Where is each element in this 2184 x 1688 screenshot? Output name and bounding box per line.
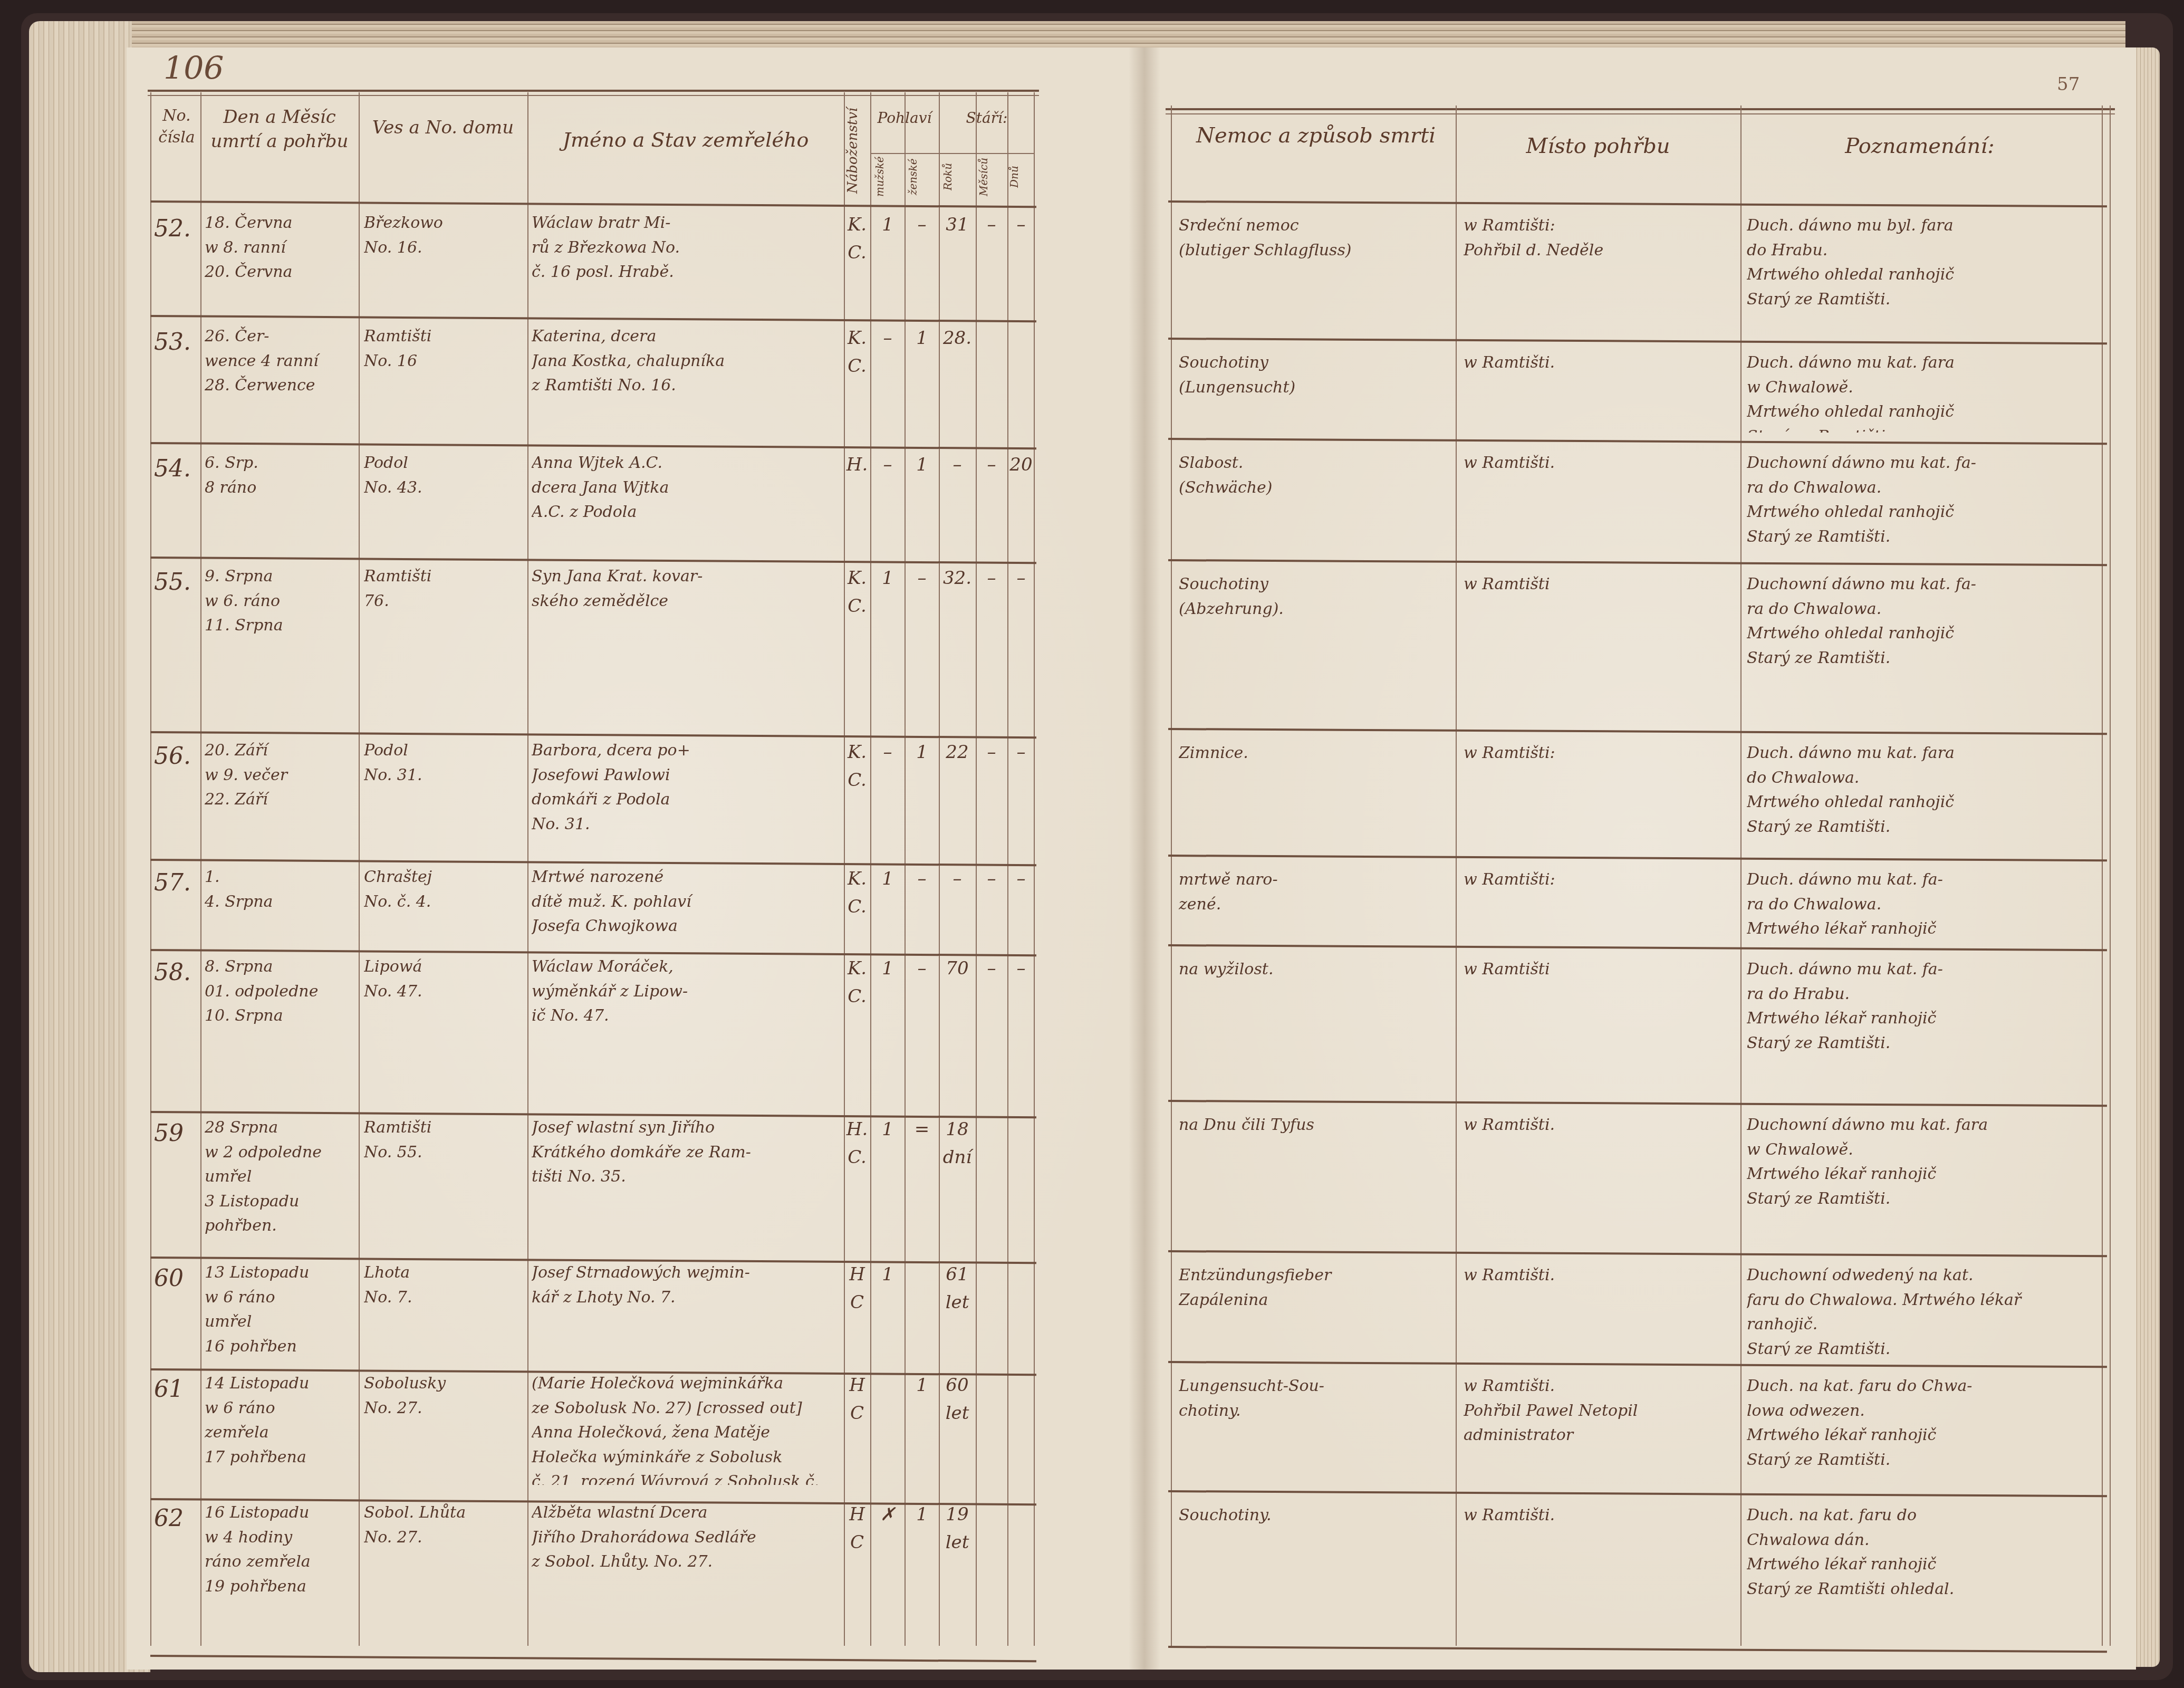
age-days: [1008, 1116, 1034, 1245]
religion-mark: H C: [845, 1371, 869, 1485]
sex-female: –: [906, 865, 938, 939]
column-rule: [150, 92, 151, 1646]
burial-place: w Ramtišti.: [1464, 1113, 1735, 1245]
age-days: [1008, 1261, 1034, 1356]
death-burial-date: 18. Června w 8. ranní 20. Června: [205, 211, 357, 309]
sex-male: ✗: [871, 1501, 904, 1641]
age-years: 18 dní: [940, 1116, 975, 1245]
deceased-name-status: Syn Jana Krat. kovar- ského zemědělce: [532, 564, 842, 723]
religion-mark: H.: [845, 451, 869, 549]
corner-mark: 57: [2057, 74, 2080, 95]
religion-mark: K. C.: [845, 955, 869, 1100]
deceased-name-status: Josef wlastní syn Jiřího Krátkého domkář…: [532, 1116, 842, 1245]
age-years: 22: [940, 738, 975, 849]
house-number: Lhota No. 7.: [364, 1261, 525, 1356]
death-burial-date: 6. Srp. 8 ráno: [205, 451, 357, 549]
burial-place: w Ramtišti.: [1464, 1503, 1735, 1641]
religion-mark: K. C.: [845, 211, 869, 309]
deceased-name-status: Wáclaw Moráček, wýměnkář z Lipow- ič No.…: [532, 955, 842, 1100]
row-number: 54.: [154, 451, 199, 549]
deceased-name-status: Katerina, dcera Jana Kostka, chalupníka …: [532, 324, 842, 435]
sex-female: –: [906, 564, 938, 723]
disease-cause: Lungensucht-Sou- chotiny.: [1179, 1374, 1450, 1485]
header-burial: Místo pohřbu: [1461, 132, 1735, 160]
house-number: Chraštej No. č. 4.: [364, 865, 525, 939]
deceased-name-status: Mrtwé narozené dítě muž. K. pohlaví Jose…: [532, 865, 842, 939]
disease-cause: Souchotiny (Abzehrung).: [1179, 572, 1450, 723]
age-days: 20: [1008, 451, 1034, 549]
table-top-rule: [148, 90, 1039, 92]
age-months: –: [977, 564, 1006, 723]
house-number: Sobolusky No. 27.: [364, 1371, 525, 1485]
age-years: 31: [940, 211, 975, 309]
burial-place: w Ramtišti: [1464, 572, 1735, 723]
sex-male: 1: [871, 564, 904, 723]
sex-male: 1: [871, 1116, 904, 1245]
row-number: 58.: [154, 955, 199, 1100]
age-months: –: [977, 865, 1006, 939]
religion-mark: K. C.: [845, 865, 869, 939]
subheader-rule: [870, 153, 1034, 154]
disease-cause: Slabost. (Schwäche): [1179, 451, 1450, 554]
burial-place: w Ramtišti:: [1464, 741, 1735, 849]
notes: Duch. na kat. faru do Chwalowa dán. Mrtw…: [1747, 1503, 2098, 1641]
notes: Duch. dáwno mu kat. fara do Chwalowa. Mr…: [1747, 741, 2098, 849]
age-years: 70: [940, 955, 975, 1100]
notes: Duchowní dáwno mu kat. fa- ra do Chwalow…: [1747, 572, 2098, 723]
burial-place: w Ramtišti: [1464, 957, 1735, 1095]
house-number: Ramtišti No. 16: [364, 324, 525, 435]
house-number: Podol No. 43.: [364, 451, 525, 549]
notes: Duchowní dáwno mu kat. fa- ra do Chwalow…: [1747, 451, 2098, 554]
burial-place: w Ramtišti.: [1464, 351, 1735, 433]
disease-cause: Srdeční nemoc (blutiger Schlagfluss): [1179, 214, 1450, 332]
sex-male: 1: [871, 955, 904, 1100]
age-months: –: [977, 451, 1006, 549]
notes: Duchowní odwedený na kat. faru do Chwalo…: [1747, 1263, 2098, 1356]
house-number: Ramtišti No. 55.: [364, 1116, 525, 1245]
column-rule: [1171, 105, 1172, 1646]
religion-mark: K. C.: [845, 324, 869, 435]
age-days: –: [1008, 564, 1034, 723]
age-days: –: [1008, 955, 1034, 1100]
column-rule: [359, 92, 360, 1646]
death-burial-date: 16 Listopadu w 4 hodiny ráno zemřela 19 …: [205, 1501, 357, 1641]
notes: Duch. dáwno mu byl. fara do Hrabu. Mrtwé…: [1747, 214, 2098, 332]
death-burial-date: 26. Čer- wence 4 ranní 28. Čerwence: [205, 324, 357, 435]
house-number: Ramtišti 76.: [364, 564, 525, 723]
column-rule: [2110, 105, 2111, 1646]
age-days: –: [1008, 738, 1034, 849]
disease-cause: na Dnu čili Tyfus: [1179, 1113, 1450, 1245]
row-number: 53.: [154, 324, 199, 435]
header-sex-male: mužské: [873, 156, 903, 198]
burial-place: w Ramtišti.: [1464, 1263, 1735, 1356]
religion-mark: H C: [845, 1261, 869, 1356]
death-burial-date: 20. Září w 9. večer 22. Září: [205, 738, 357, 849]
house-number: Podol No. 31.: [364, 738, 525, 849]
sex-male: –: [871, 738, 904, 849]
age-years: 61 let: [940, 1261, 975, 1356]
age-years: 28.: [940, 324, 975, 435]
age-months: –: [977, 738, 1006, 849]
sex-male: –: [871, 324, 904, 435]
deceased-name-status: Barbora, dcera po+ Josefowi Pawlowi domk…: [532, 738, 842, 849]
notes: Duch. dáwno mu kat. fara w Chwalowě. Mrt…: [1747, 351, 2098, 433]
row-number: 61: [154, 1371, 199, 1485]
death-burial-date: 8. Srpna 01. odpoledne 10. Srpna: [205, 955, 357, 1100]
table-top-rule-right: [1166, 108, 2115, 110]
notes: Duch. dáwno mu kat. fa- ra do Hrabu. Mrt…: [1747, 957, 2098, 1095]
row-number: 59: [154, 1116, 199, 1245]
sex-female: 1: [906, 1371, 938, 1485]
sex-male: 1: [871, 1261, 904, 1356]
sex-female: =: [906, 1116, 938, 1245]
religion-mark: H C: [845, 1501, 869, 1641]
burial-place: w Ramtišti.: [1464, 451, 1735, 554]
deceased-name-status: (Marie Holečková wejminkářka ze Sobolusk…: [532, 1371, 842, 1485]
table-top-rule-right-2: [1166, 113, 2115, 114]
house-number: Březkowo No. 16.: [364, 211, 525, 309]
header-number: No. čísla: [153, 105, 200, 148]
sex-female: 1: [906, 1501, 938, 1641]
sex-male: 1: [871, 865, 904, 939]
age-months: [977, 1116, 1006, 1245]
sex-male: 1: [871, 211, 904, 309]
header-age-months: Měsíců: [977, 156, 1006, 198]
burial-place: w Ramtišti:: [1464, 868, 1735, 939]
sex-female: –: [906, 955, 938, 1100]
page-stack-right: [2133, 47, 2160, 1667]
disease-cause: Souchotiny (Lungensucht): [1179, 351, 1450, 433]
deceased-name-status: Alžběta wlastní Dcera Jiřího Drahorádowa…: [532, 1501, 842, 1641]
deceased-name-status: Anna Wjtek A.C. dcera Jana Wjtka A.C. z …: [532, 451, 842, 549]
header-age-days: Dnů: [1007, 156, 1034, 198]
sex-male: [871, 1371, 904, 1485]
age-days: –: [1008, 211, 1034, 309]
header-disease: Nemoc a způsob smrti: [1181, 121, 1450, 150]
age-days: [1008, 1501, 1034, 1641]
age-months: [977, 1501, 1006, 1641]
book-gutter: [1129, 47, 1160, 1670]
column-rule: [1034, 92, 1035, 1646]
row-number: 52.: [154, 211, 199, 309]
age-days: –: [1008, 865, 1034, 939]
age-months: –: [977, 211, 1006, 309]
age-years: –: [940, 865, 975, 939]
row-number: 55.: [154, 564, 199, 723]
column-rule: [200, 92, 201, 1646]
notes: Duch. dáwno mu kat. fa- ra do Chwalowa. …: [1747, 868, 2098, 939]
age-years: 60 let: [940, 1371, 975, 1485]
age-days: [1008, 324, 1034, 435]
page-number: 106: [163, 50, 224, 87]
burial-place: w Ramtišti. Pohřbil Pawel Netopil admini…: [1464, 1374, 1735, 1485]
death-burial-date: 1. 4. Srpna: [205, 865, 357, 939]
age-months: [977, 324, 1006, 435]
house-number: Sobol. Lhůta No. 27.: [364, 1501, 525, 1641]
column-rule: [1456, 105, 1457, 1646]
notes: Duchowní dáwno mu kat. fara w Chwalowě. …: [1747, 1113, 2098, 1245]
deceased-name-status: Josef Strnadowých wejmin- kář z Lhoty No…: [532, 1261, 842, 1356]
sex-female: –: [906, 211, 938, 309]
header-age-years: Roků: [941, 156, 973, 198]
burial-place: w Ramtišti: Pohřbil d. Neděle: [1464, 214, 1735, 332]
header-house: Ves a No. domu: [364, 116, 522, 140]
header-name: Jméno a Stav zemřelého: [533, 127, 839, 154]
religion-mark: K. C.: [845, 564, 869, 723]
sex-female: [906, 1261, 938, 1356]
death-burial-date: 9. Srpna w 6. ráno 11. Srpna: [205, 564, 357, 723]
age-days: [1008, 1371, 1034, 1485]
sex-male: –: [871, 451, 904, 549]
header-notes: Poznamenání:: [1746, 132, 2094, 160]
age-years: –: [940, 451, 975, 549]
sex-female: 1: [906, 451, 938, 549]
sex-female: 1: [906, 738, 938, 849]
age-months: [977, 1371, 1006, 1485]
row-number: 60: [154, 1261, 199, 1356]
age-years: 19 let: [940, 1501, 975, 1641]
notes: Duch. na kat. faru do Chwa- lowa odwezen…: [1747, 1374, 2098, 1485]
religion-mark: H. C.: [845, 1116, 869, 1245]
death-burial-date: 13 Listopadu w 6 ráno umřel 16 pohřben: [205, 1261, 357, 1356]
house-number: Lipowá No. 47.: [364, 955, 525, 1100]
header-age: Stáří:: [940, 108, 1034, 128]
death-burial-date: 14 Listopadu w 6 ráno zemřela 17 pohřben…: [205, 1371, 357, 1485]
header-date: Den a Měsíc umrtí a pohřbu: [203, 105, 356, 154]
row-number: 62: [154, 1501, 199, 1641]
disease-cause: Zimnice.: [1179, 741, 1450, 849]
column-rule: [1740, 105, 1742, 1646]
age-years: 32.: [940, 564, 975, 723]
column-rule: [2102, 105, 2103, 1646]
age-months: [977, 1261, 1006, 1356]
disease-cause: Entzündungsfieber Zapálenina: [1179, 1263, 1450, 1356]
column-rule: [527, 92, 528, 1646]
row-number: 56.: [154, 738, 199, 849]
sex-female: 1: [906, 324, 938, 435]
deceased-name-status: Wáclaw bratr Mi- rů z Březkowa No. č. 16…: [532, 211, 842, 309]
religion-mark: K. C.: [845, 738, 869, 849]
header-religion: Náboženství: [844, 105, 869, 195]
age-months: –: [977, 955, 1006, 1100]
disease-cause: Souchotiny.: [1179, 1503, 1450, 1641]
death-burial-date: 28 Srpna w 2 odpoledne umřel 3 Listopadu…: [205, 1116, 357, 1245]
header-sex-female: ženské: [906, 156, 937, 198]
disease-cause: mrtwě naro- zené.: [1179, 868, 1450, 939]
disease-cause: na wyžilost.: [1179, 957, 1450, 1095]
row-number: 57.: [154, 865, 199, 939]
